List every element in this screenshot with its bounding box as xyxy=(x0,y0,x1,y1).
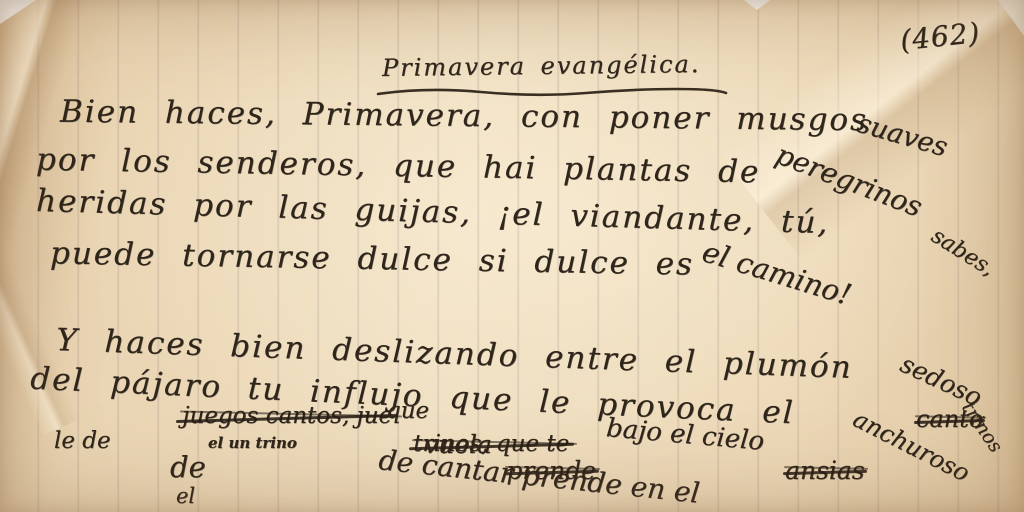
draft-line-start: le de xyxy=(54,428,111,454)
struck-draft-line: juegos cantos, jue xyxy=(182,403,392,429)
struck-word-ansias: ansias xyxy=(785,456,865,485)
poem-title: Primavera evangélica. xyxy=(382,50,701,82)
manuscript-page: (462) Primavera evangélica. Bien haces, … xyxy=(0,0,1024,512)
draft-word-de: de xyxy=(170,450,206,484)
inserted-phrase: el un trino xyxy=(208,434,297,452)
draft-word-que: que xyxy=(386,398,429,424)
inserted-word-el-below: el xyxy=(176,484,195,508)
